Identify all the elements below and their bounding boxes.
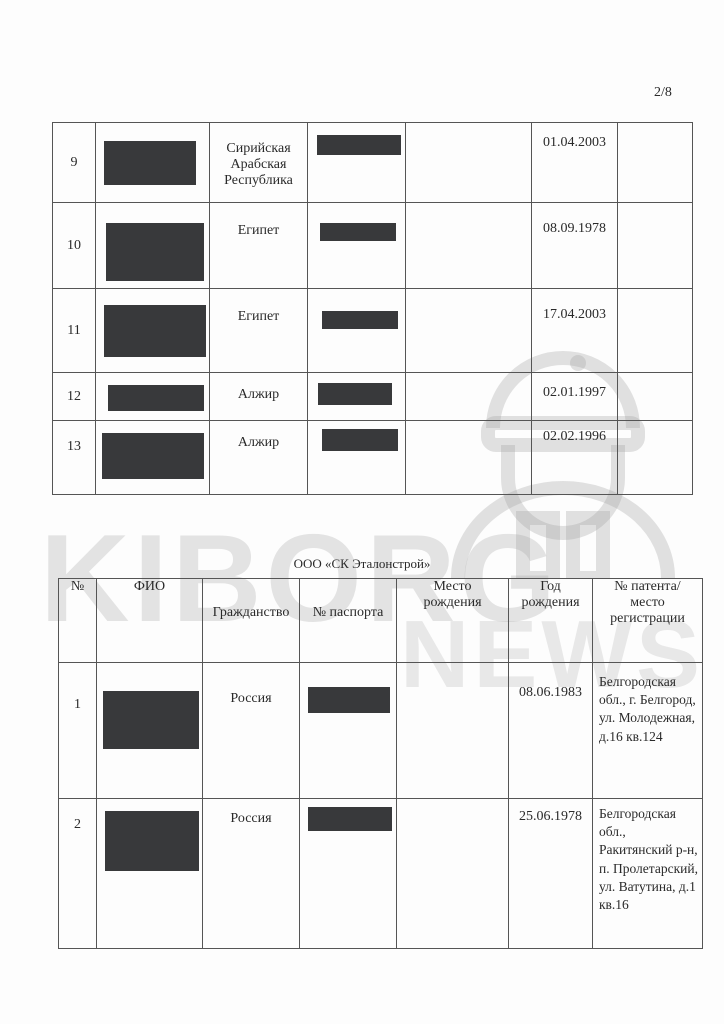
column-header-name: ФИО: [97, 579, 203, 663]
redaction-block: [103, 691, 199, 749]
redaction-block: [308, 807, 392, 831]
citizenship-cell: Россия: [203, 799, 300, 949]
registration-cell: [618, 373, 693, 421]
citizenship-cell: Россия: [203, 663, 300, 799]
registration-cell: [618, 123, 693, 203]
birth-date-cell: 02.01.1997: [532, 373, 618, 421]
redaction-block: [108, 385, 204, 411]
column-header-birthplace: Место рождения: [397, 579, 509, 663]
org-workers-table: № ФИО Гражданство № паспорта Место рожде…: [58, 578, 703, 949]
citizenship-cell: Алжир: [210, 373, 308, 421]
registration-cell: Белгородская обл., г. Белгород, ул. Моло…: [593, 663, 703, 799]
registration-cell: [618, 203, 693, 289]
name-cell-redacted: [96, 289, 210, 373]
table-header-row: № ФИО Гражданство № паспорта Место рожде…: [59, 579, 703, 663]
birthplace-cell: [406, 373, 532, 421]
name-cell-redacted: [96, 373, 210, 421]
row-number: 9: [53, 123, 96, 203]
table-row: 1 Россия 08.06.1983 Белгородская обл., г…: [59, 663, 703, 799]
redaction-block: [106, 223, 204, 281]
passport-cell-redacted: [308, 289, 406, 373]
passport-cell-redacted: [308, 203, 406, 289]
citizenship-cell: Египет: [210, 289, 308, 373]
passport-cell-redacted: [300, 799, 397, 949]
registration-cell: Белгородская обл., Ракитянский р-н, п. П…: [593, 799, 703, 949]
redaction-block: [308, 687, 390, 713]
birth-date-cell: 25.06.1978: [509, 799, 593, 949]
foreign-workers-table-continued: 9 Сирийская Арабская Республика 01.04.20…: [52, 122, 693, 495]
birth-date-cell: 02.02.1996: [532, 421, 618, 495]
row-number: 2: [59, 799, 97, 949]
birth-date-cell: 17.04.2003: [532, 289, 618, 373]
column-header-birth-year: Год рождения: [509, 579, 593, 663]
table-row: 10 Египет 08.09.1978: [53, 203, 693, 289]
registration-cell: [618, 421, 693, 495]
passport-cell-redacted: [300, 663, 397, 799]
citizenship-cell: Сирийская Арабская Республика: [210, 123, 308, 203]
table-row: 11 Египет 17.04.2003: [53, 289, 693, 373]
name-cell-redacted: [97, 799, 203, 949]
birth-date-cell: 08.06.1983: [509, 663, 593, 799]
birthplace-cell: [397, 663, 509, 799]
redaction-block: [104, 141, 196, 185]
organization-title: ООО «СК Эталонстрой»: [0, 556, 724, 572]
passport-cell-redacted: [308, 421, 406, 495]
birthplace-cell: [406, 203, 532, 289]
redaction-block: [317, 135, 401, 155]
row-number: 13: [53, 421, 96, 495]
redaction-block: [104, 305, 206, 357]
table-row: 13 Алжир 02.02.1996: [53, 421, 693, 495]
table-row: 2 Россия 25.06.1978 Белгородская обл., Р…: [59, 799, 703, 949]
name-cell-redacted: [96, 123, 210, 203]
name-cell-redacted: [96, 421, 210, 495]
row-number: 10: [53, 203, 96, 289]
citizenship-cell: Египет: [210, 203, 308, 289]
name-cell-redacted: [97, 663, 203, 799]
redaction-block: [322, 429, 398, 451]
column-header-registration: № патента/место регистрации: [593, 579, 703, 663]
redaction-block: [102, 433, 204, 479]
birthplace-cell: [406, 421, 532, 495]
citizenship-cell: Алжир: [210, 421, 308, 495]
column-header-passport: № паспорта: [300, 579, 397, 663]
redaction-block: [322, 311, 398, 329]
registration-cell: [618, 289, 693, 373]
birth-date-cell: 08.09.1978: [532, 203, 618, 289]
passport-cell-redacted: [308, 123, 406, 203]
redaction-block: [318, 383, 392, 405]
column-header-number: №: [59, 579, 97, 663]
table-row: 9 Сирийская Арабская Республика 01.04.20…: [53, 123, 693, 203]
birth-date-cell: 01.04.2003: [532, 123, 618, 203]
column-header-citizenship: Гражданство: [203, 579, 300, 663]
table-row: 12 Алжир 02.01.1997: [53, 373, 693, 421]
redaction-block: [320, 223, 396, 241]
redaction-block: [105, 811, 199, 871]
row-number: 1: [59, 663, 97, 799]
passport-cell-redacted: [308, 373, 406, 421]
birthplace-cell: [406, 289, 532, 373]
birthplace-cell: [397, 799, 509, 949]
row-number: 12: [53, 373, 96, 421]
row-number: 11: [53, 289, 96, 373]
birthplace-cell: [406, 123, 532, 203]
name-cell-redacted: [96, 203, 210, 289]
page-number: 2/8: [654, 85, 672, 101]
